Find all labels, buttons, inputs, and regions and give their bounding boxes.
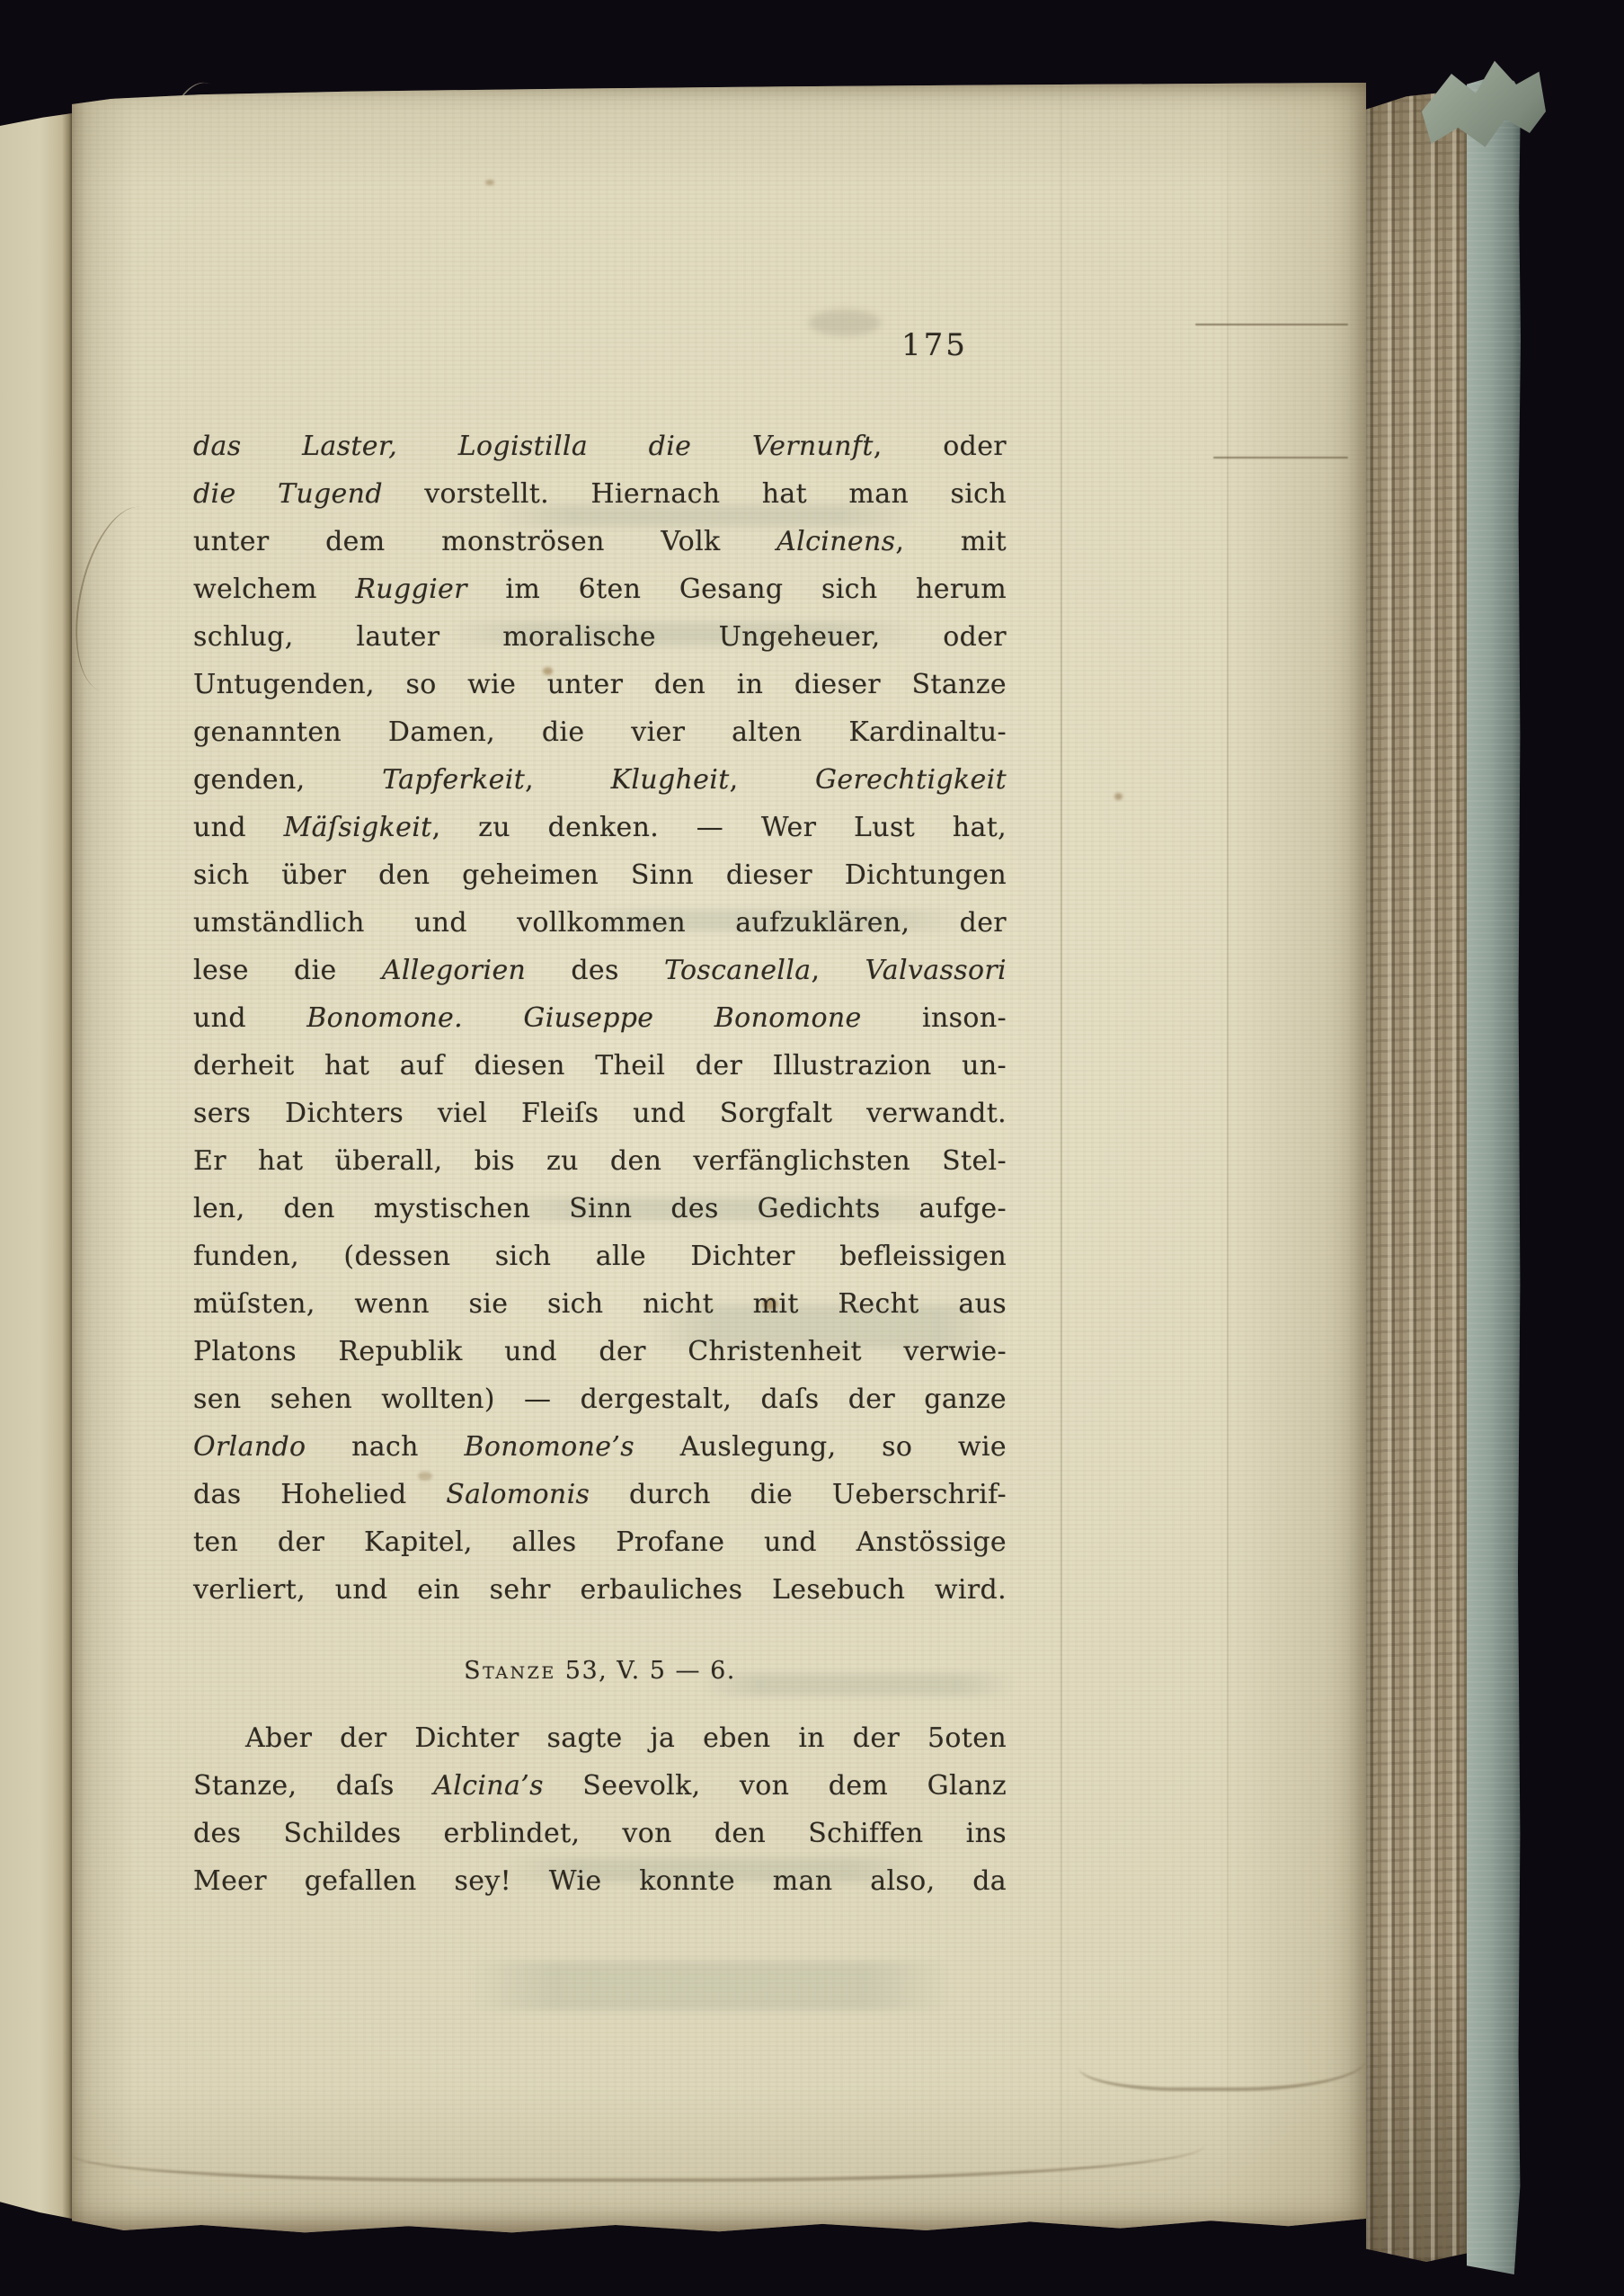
text-segment: schlug, lauter moralische Ungeheuer, ode… <box>193 621 1007 653</box>
text-line: Er hat überall, bis zu den verfänglichst… <box>193 1137 1007 1185</box>
text-segment: welchem <box>193 574 355 605</box>
text-segment: durch die Ueberschrif- <box>590 1479 1007 1510</box>
text-segment: ten der Kapitel, alles Profane und Anstö… <box>193 1526 1007 1558</box>
text-line: und Bonomone. Giuseppe Bonomone inson- <box>193 994 1007 1042</box>
text-segment: Salomonis <box>446 1479 590 1510</box>
text-segment: sen sehen wollten) — dergestalt, daſs de… <box>193 1384 1007 1415</box>
text-segment: Gerechtigkeit <box>815 764 1007 796</box>
text-segment: genden, <box>193 764 382 796</box>
hair-fiber <box>58 497 188 701</box>
text-segment: Orlando <box>193 1431 306 1463</box>
text-line: Aber der Dichter sagte ja eben in der 5o… <box>193 1714 1007 1762</box>
section-heading: Stanze 53, V. 5 — 6. <box>193 1651 1007 1691</box>
text-line: Platons Republik und der Christenheit ve… <box>193 1328 1007 1375</box>
text-segment: im 6ten Gesang sich herum <box>467 574 1007 605</box>
bottom-crease <box>72 2137 1204 2182</box>
text-line: des Schildes erblindet, von den Schiffen… <box>193 1810 1007 1857</box>
text-segment: inson- <box>862 1002 1007 1034</box>
text-segment: Er hat überall, bis zu den verfänglichst… <box>193 1145 1007 1177</box>
bottom-crease <box>1078 2051 1366 2091</box>
text-line: genden, Tapferkeit, Klugheit, Gerechtigk… <box>193 756 1007 804</box>
text-segment: funden, (dessen sich alle Dichter beflei… <box>193 1241 1007 1272</box>
text-segment: müſsten, wenn sie sich nicht mit Recht a… <box>193 1288 1007 1320</box>
text-line: Stanze, daſs Alcina’s Seevolk, von dem G… <box>193 1762 1007 1810</box>
paragraph-2: Aber der Dichter sagte ja eben in der 5o… <box>193 1714 1007 1905</box>
text-segment: , oder <box>874 431 1007 462</box>
text-segment: , <box>525 764 610 796</box>
text-segment: Alcinens <box>777 526 895 557</box>
paper-stain <box>485 180 494 185</box>
text-segment: Ruggier <box>355 574 466 605</box>
text-segment: das Laster, Logistilla die Vernunft <box>193 431 874 462</box>
text-segment <box>463 1002 523 1034</box>
paper-crack <box>1213 457 1348 458</box>
text-segment: Valvassori <box>865 955 1007 986</box>
text-segment: und <box>193 1002 306 1034</box>
text-segment: Toscanella <box>664 955 811 986</box>
text-segment: die Tugend <box>193 478 383 510</box>
text-line: verliert, und ein sehr erbauliches Leseb… <box>193 1566 1007 1614</box>
paper-stain <box>1114 793 1123 800</box>
text-line: welchem Ruggier im 6ten Gesang sich heru… <box>193 565 1007 613</box>
text-line: sich über den geheimen Sinn dieser Dicht… <box>193 851 1007 899</box>
text-line: das Hohelied Salomonis durch die Uebersc… <box>193 1471 1007 1518</box>
text-segment: genannten Damen, die vier alten Kardinal… <box>193 716 1007 748</box>
text-segment: sers Dichters viel Fleiſs und Sorgfalt v… <box>193 1098 1007 1129</box>
text-line: schlug, lauter moralische Ungeheuer, ode… <box>193 613 1007 661</box>
paper-crack <box>1195 324 1348 325</box>
text-segment: Klugheit <box>611 764 730 796</box>
text-segment: und <box>193 812 284 843</box>
text-segment: nach <box>306 1431 464 1463</box>
text-segment: , <box>730 764 815 796</box>
text-segment: lese die <box>193 955 382 986</box>
text-segment: Platons Republik und der Christenheit ve… <box>193 1336 1007 1367</box>
text-line: lese die Allegorien des Toscanella, Valv… <box>193 947 1007 994</box>
page-number: 175 <box>885 327 984 363</box>
paper-stain <box>809 309 881 336</box>
text-segment: Giuseppe Bonomone <box>523 1002 861 1034</box>
text-segment: , <box>811 955 865 986</box>
text-segment: Mäſsigkeit <box>284 812 432 843</box>
text-segment: Bonomone’s <box>464 1431 635 1463</box>
book-cover-edge <box>1467 76 1521 2274</box>
show-through <box>467 1962 953 2010</box>
text-segment: Seevolk, von dem Glanz <box>544 1770 1007 1802</box>
text-segment: das Hohelied <box>193 1479 446 1510</box>
book-scan: 175 das Laster, Logistilla die Vernunft,… <box>0 0 1624 2296</box>
text-segment: Auslegung, so wie <box>635 1431 1007 1463</box>
text-segment: verliert, und ein sehr erbauliches Leseb… <box>193 1574 1007 1606</box>
text-segment: Alcina’s <box>433 1770 544 1802</box>
paragraph-1: das Laster, Logistilla die Vernunft, ode… <box>193 423 1007 1614</box>
text-segment: sich über den geheimen Sinn dieser Dicht… <box>193 859 1007 891</box>
text-line: das Laster, Logistilla die Vernunft, ode… <box>193 423 1007 470</box>
text-segment: Untugenden, so wie unter den in dieser S… <box>193 669 1007 700</box>
text-segment: Allegorien <box>382 955 526 986</box>
text-line: unter dem monströsen Volk Alcinens, mit <box>193 518 1007 565</box>
text-segment: Stanze, daſs <box>193 1770 433 1802</box>
text-line: und Mäſsigkeit, zu denken. — Wer Lust ha… <box>193 804 1007 851</box>
heading-smallcaps: Stanze <box>464 1657 556 1685</box>
crease-line <box>1060 83 1062 2236</box>
text-line: Orlando nach Bonomone’s Auslegung, so wi… <box>193 1423 1007 1471</box>
text-line: Untugenden, so wie unter den in dieser S… <box>193 661 1007 708</box>
text-segment: len, den mystischen Sinn des Gedichts au… <box>193 1193 1007 1224</box>
text-line: sen sehen wollten) — dergestalt, daſs de… <box>193 1375 1007 1423</box>
text-segment: derheit hat auf diesen Theil der Illustr… <box>193 1050 1007 1081</box>
text-line: sers Dichters viel Fleiſs und Sorgfalt v… <box>193 1090 1007 1137</box>
text-segment: Tapferkeit <box>382 764 525 796</box>
text-segment: unter dem monströsen Volk <box>193 526 777 557</box>
text-line: die Tugend vorstellt. Hiernach hat man s… <box>193 470 1007 518</box>
text-line: derheit hat auf diesen Theil der Illustr… <box>193 1042 1007 1090</box>
text-segment: des Schildes erblindet, von den Schiffen… <box>193 1818 1007 1849</box>
text-line: len, den mystischen Sinn des Gedichts au… <box>193 1185 1007 1233</box>
body-text: das Laster, Logistilla die Vernunft, ode… <box>193 423 1007 1905</box>
page-edge-stack <box>1366 90 1467 2262</box>
text-line: müſsten, wenn sie sich nicht mit Recht a… <box>193 1280 1007 1328</box>
text-segment: , mit <box>895 526 1007 557</box>
left-page-edge <box>0 113 72 2219</box>
text-segment: Bonomone. <box>306 1002 463 1034</box>
text-segment: , zu denken. — Wer Lust hat, <box>432 812 1007 843</box>
text-segment: umständlich und vollkommen aufzuklären, … <box>193 907 1007 939</box>
text-line: genannten Damen, die vier alten Kardinal… <box>193 708 1007 756</box>
crease-line <box>1227 83 1229 2236</box>
book-page: 175 das Laster, Logistilla die Vernunft,… <box>72 83 1366 2236</box>
text-segment: des <box>526 955 664 986</box>
text-line: ten der Kapitel, alles Profane und Anstö… <box>193 1518 1007 1566</box>
text-line: Meer gefallen sey! Wie konnte man also, … <box>193 1857 1007 1905</box>
text-line: funden, (dessen sich alle Dichter beflei… <box>193 1233 1007 1280</box>
text-line: umständlich und vollkommen aufzuklären, … <box>193 899 1007 947</box>
text-segment: Aber der Dichter sagte ja eben in der 5o… <box>245 1722 1007 1754</box>
text-segment: vorstellt. Hiernach hat man sich <box>383 478 1007 510</box>
text-segment: Meer gefallen sey! Wie konnte man also, … <box>193 1865 1007 1897</box>
